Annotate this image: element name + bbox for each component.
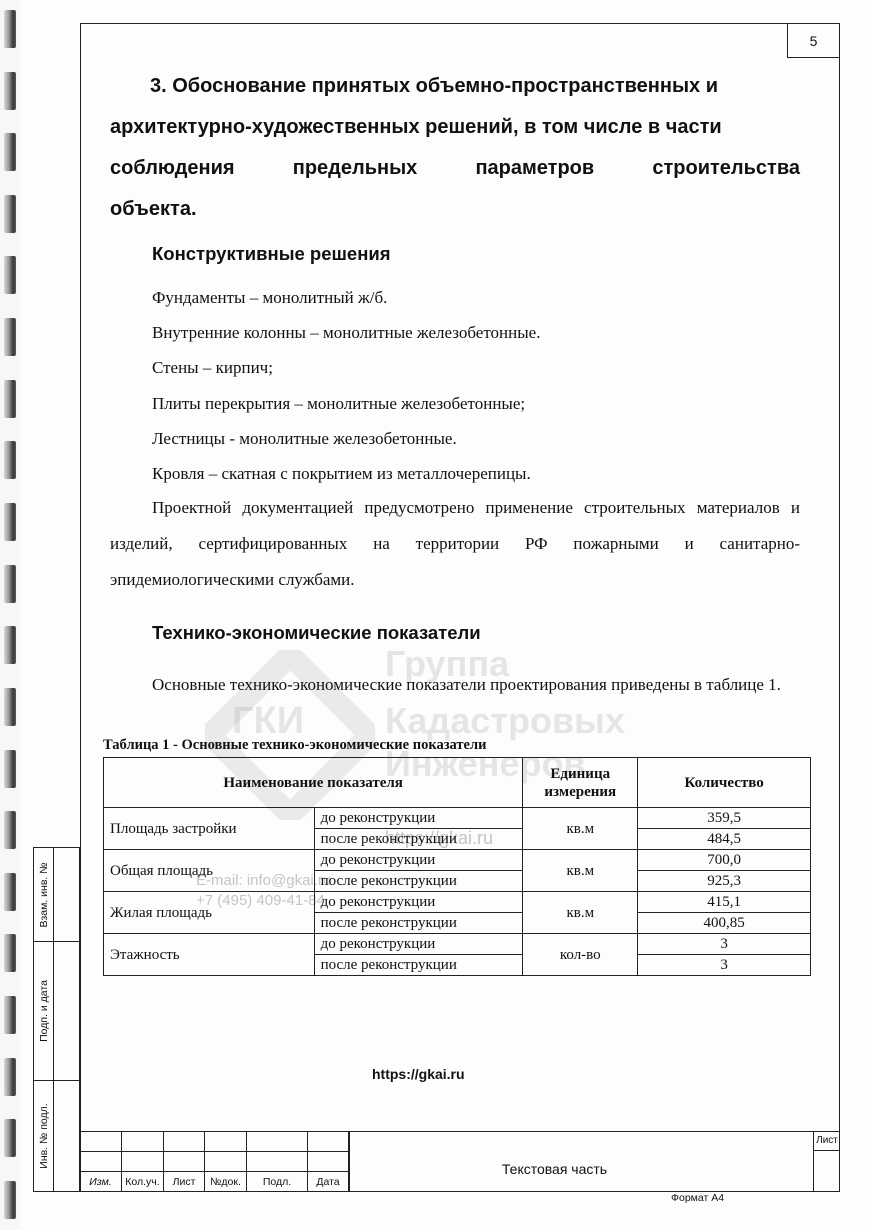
stamp-vzam-inv: Взам. инв. № <box>33 847 80 942</box>
value: 3 <box>638 955 811 976</box>
value: 359,5 <box>638 808 811 829</box>
section-title-line: объекта. <box>110 189 800 230</box>
unit: кв.м <box>523 850 638 892</box>
stage-label: после реконструкции <box>314 913 523 934</box>
stage-label: до реконструкции <box>314 850 523 871</box>
unit: кол-во <box>523 934 638 976</box>
stage-label: после реконструкции <box>314 829 523 850</box>
value: 400,85 <box>638 913 811 934</box>
binder-ring <box>4 503 16 541</box>
table-header-row: Наименование показателя Единица измерени… <box>104 758 811 808</box>
binder-ring <box>4 318 16 356</box>
table-row: Этажностьдо реконструкциикол-во3 <box>104 934 811 955</box>
format-label: Формат А4 <box>671 1192 724 1204</box>
stage-label: до реконструкции <box>314 934 523 955</box>
tep-paragraph: Основные технико-экономические показател… <box>110 668 800 702</box>
tep-heading: Технико-экономические показатели <box>152 622 481 644</box>
indicator-name: Общая площадь <box>104 850 315 892</box>
binder-ring <box>4 750 16 788</box>
table-row: Жилая площадьдо реконструкциикв.м415,1 <box>104 892 811 913</box>
stamp-label: Взам. инв. № <box>38 862 50 927</box>
value: 925,3 <box>638 871 811 892</box>
stage-label: после реконструкции <box>314 871 523 892</box>
section-title-line: соблюдения предельных параметров строите… <box>110 148 800 189</box>
binder-ring <box>4 688 16 726</box>
unit: кв.м <box>523 808 638 850</box>
binder-ring <box>4 1119 16 1157</box>
revision-header: Кол.уч. <box>122 1172 164 1192</box>
constructive-item: Кровля – скатная с покрытием из металлоч… <box>152 464 531 484</box>
document-title: Текстовая часть <box>349 1132 759 1192</box>
binder-ring <box>4 811 16 849</box>
binder-ring <box>4 72 16 110</box>
site-url: https://gkai.ru <box>372 1066 465 1082</box>
binder-ring <box>4 565 16 603</box>
binder-ring <box>4 10 16 48</box>
stage-label: до реконструкции <box>314 808 523 829</box>
value: 415,1 <box>638 892 811 913</box>
stage-label: после реконструкции <box>314 955 523 976</box>
section-title-line: 3. Обоснование принятых объемно-простран… <box>110 66 800 107</box>
indicator-name: Этажность <box>104 934 315 976</box>
section-title: 3. Обоснование принятых объемно-простран… <box>110 66 800 230</box>
binder-ring <box>4 934 16 972</box>
revision-header: Изм. <box>80 1172 122 1192</box>
stamp-label: Подп. и дата <box>38 980 50 1042</box>
revision-grid: Изм. Кол.уч. Лист №док. Подл. Дата <box>80 1132 349 1192</box>
value: 700,0 <box>638 850 811 871</box>
column-header: Количество <box>638 758 811 808</box>
binder-ring <box>4 256 16 294</box>
title-block: Изм. Кол.уч. Лист №док. Подл. Дата Текст… <box>80 1131 840 1192</box>
binder-ring <box>4 441 16 479</box>
sheet-label: Лист <box>814 1132 840 1151</box>
constructive-item: Лестницы - монолитные железобетонные. <box>152 429 457 449</box>
unit: кв.м <box>523 892 638 934</box>
binder-ring <box>4 380 16 418</box>
binder-ring <box>4 1181 16 1219</box>
tep-table: Наименование показателя Единица измерени… <box>103 757 811 976</box>
constructive-item: Стены – кирпич; <box>152 358 273 378</box>
binder-ring <box>4 873 16 911</box>
column-header: Наименование показателя <box>104 758 523 808</box>
binder-ring <box>4 1058 16 1096</box>
stamp-label: Инв. № подл. <box>38 1103 50 1168</box>
constructive-item: Фундаменты – монолитный ж/б. <box>152 288 387 308</box>
section-title-line: архитектурно-художественных решений, в т… <box>110 107 800 148</box>
revision-header: Дата <box>308 1172 349 1192</box>
binder-ring <box>4 133 16 171</box>
constructive-paragraph: Проектной документацией предусмотрено пр… <box>110 490 800 598</box>
indicator-name: Площадь застройки <box>104 808 315 850</box>
binder-ring <box>4 626 16 664</box>
binder-ring <box>4 195 16 233</box>
sheet-cell: Лист <box>813 1132 840 1192</box>
revision-header: Подл. <box>247 1172 308 1192</box>
value: 3 <box>638 934 811 955</box>
value: 484,5 <box>638 829 811 850</box>
table-row: Общая площадьдо реконструкциикв.м700,0 <box>104 850 811 871</box>
stamp-podp-data: Подп. и дата <box>33 941 80 1081</box>
stamp-inv-podl: Инв. № подл. <box>33 1080 80 1192</box>
stage-label: до реконструкции <box>314 892 523 913</box>
page-number: 5 <box>787 23 840 58</box>
table-row: Площадь застройкидо реконструкциикв.м359… <box>104 808 811 829</box>
revision-header: Лист <box>164 1172 205 1192</box>
constructive-item: Плиты перекрытия – монолитные железобето… <box>152 394 525 414</box>
revision-header: №док. <box>205 1172 247 1192</box>
table-caption: Таблица 1 - Основные технико-экономическ… <box>103 737 486 754</box>
indicator-name: Жилая площадь <box>104 892 315 934</box>
constructive-item: Внутренние колонны – монолитные железобе… <box>152 323 540 343</box>
binder-ring <box>4 996 16 1034</box>
constructive-heading: Конструктивные решения <box>152 243 391 265</box>
column-header: Единица измерения <box>523 758 638 808</box>
